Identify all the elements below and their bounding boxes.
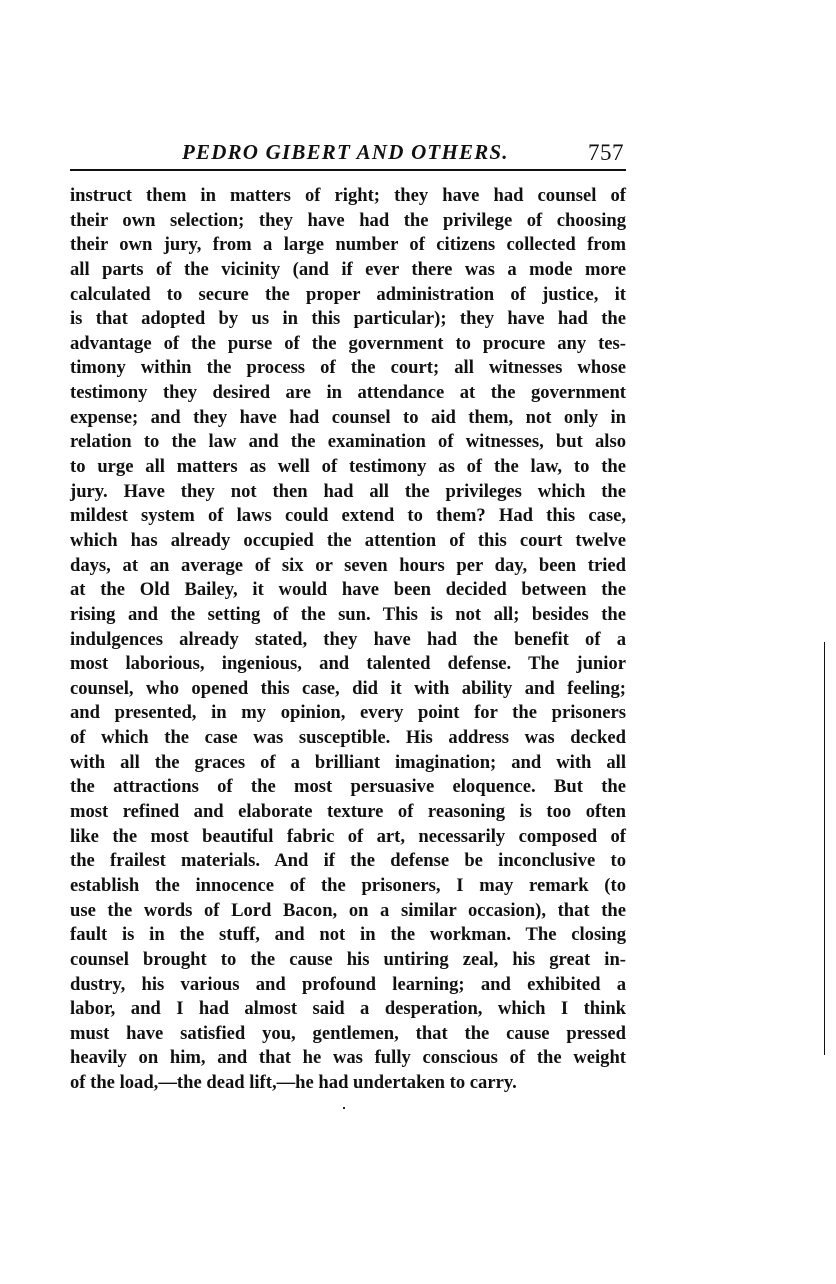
scan-margin-line: [824, 642, 825, 1055]
text-line: most refined and elaborate texture of re…: [70, 800, 626, 825]
text-line: testimony they desired are in attendance…: [70, 381, 626, 406]
running-head: PEDRO GIBERT AND OTHERS. 757: [70, 137, 626, 167]
text-line: must have satisfied you, gentlemen, that…: [70, 1022, 626, 1047]
text-line: all parts of the vicinity (and if ever t…: [70, 258, 626, 283]
text-line: the attractions of the most persuasive e…: [70, 775, 626, 800]
text-line: fault is in the stuff, and not in the wo…: [70, 923, 626, 948]
book-page: PEDRO GIBERT AND OTHERS. 757 instruct th…: [0, 0, 836, 1284]
body-text: instruct them in matters of right; they …: [70, 184, 626, 1096]
text-line-last: of the load,—the dead lift,—he had under…: [70, 1071, 626, 1096]
text-line: most laborious, ingenious, and talented …: [70, 652, 626, 677]
text-line: counsel, who opened this case, did it wi…: [70, 677, 626, 702]
text-line: their own selection; they have had the p…: [70, 209, 626, 234]
text-line: establish the innocence of the prisoners…: [70, 874, 626, 899]
text-line: with all the graces of a brilliant imagi…: [70, 751, 626, 776]
text-line: which has already occupied the attention…: [70, 529, 626, 554]
text-line: calculated to secure the proper administ…: [70, 283, 626, 308]
text-line: indulgences already stated, they have ha…: [70, 628, 626, 653]
text-line: of which the case was susceptible. His a…: [70, 726, 626, 751]
text-line: their own jury, from a large number of c…: [70, 233, 626, 258]
text-line: at the Old Bailey, it would have been de…: [70, 578, 626, 603]
scan-speck: [343, 1107, 345, 1109]
page-number: 757: [588, 138, 624, 168]
header-rule: [70, 169, 626, 171]
text-line: advantage of the purse of the government…: [70, 332, 626, 357]
text-line: instruct them in matters of right; they …: [70, 184, 626, 209]
text-line: expense; and they have had counsel to ai…: [70, 406, 626, 431]
text-line: to urge all matters as well of testimony…: [70, 455, 626, 480]
text-line: use the words of Lord Bacon, on a simila…: [70, 899, 626, 924]
text-line: rising and the setting of the sun. This …: [70, 603, 626, 628]
running-title: PEDRO GIBERT AND OTHERS.: [182, 137, 509, 167]
text-line: counsel brought to the cause his untirin…: [70, 948, 626, 973]
text-line: jury. Have they not then had all the pri…: [70, 480, 626, 505]
text-line: days, at an average of six or seven hour…: [70, 554, 626, 579]
text-line: like the most beautiful fabric of art, n…: [70, 825, 626, 850]
text-line: and presented, in my opinion, every poin…: [70, 701, 626, 726]
text-line: the frailest materials. And if the defen…: [70, 849, 626, 874]
text-line: is that adopted by us in this particular…: [70, 307, 626, 332]
text-line: heavily on him, and that he was fully co…: [70, 1046, 626, 1071]
text-line: relation to the law and the examination …: [70, 430, 626, 455]
text-line: labor, and I had almost said a desperati…: [70, 997, 626, 1022]
text-line: dustry, his various and profound learnin…: [70, 973, 626, 998]
text-line: timony within the process of the court; …: [70, 356, 626, 381]
text-line: mildest system of laws could extend to t…: [70, 504, 626, 529]
